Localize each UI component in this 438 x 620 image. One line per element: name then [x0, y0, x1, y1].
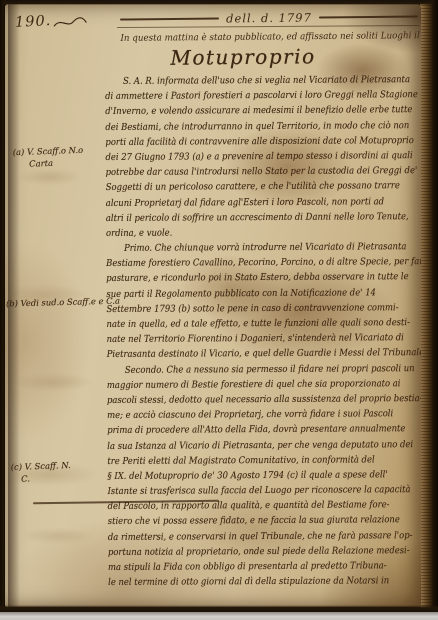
folio-number-text: 190. — [15, 13, 52, 31]
manuscript-line: sue parti il Regolamento pubblicato con … — [106, 285, 390, 302]
announcement-line: In questa mattina è stato pubblicato, ed… — [109, 30, 405, 44]
manuscript-line: alcuni Proprietarj dal fidare agl'Esteri… — [106, 194, 390, 211]
manuscript-line: altri il pericolo di soffrire un accresc… — [106, 209, 390, 226]
header-rule-left — [120, 18, 219, 21]
manuscript-line: Primo. Che chiunque vorrà introdurre nel… — [106, 239, 390, 256]
manuscript-line: dei Bestiami, che introdurranno in quel … — [105, 118, 389, 135]
manuscript-line: Settembre 1793 (b) sotto le pene in caso… — [106, 300, 390, 317]
photo-edge-bottom — [0, 605, 438, 612]
header-rule-right — [319, 15, 418, 18]
paragraph-preamble: S. A. R. informata dell'uso che si vegli… — [105, 72, 421, 241]
folio-flourish-icon — [53, 15, 88, 31]
paragraph-secondo: Secondo. Che a nessuno sia permesso il f… — [107, 361, 421, 591]
manuscript-line: d'Inverno, e volendo assicurare ai medes… — [105, 103, 389, 120]
margin-note-b: (b) Vedi sud.o Scaff.e e C.a — [6, 296, 120, 310]
photo-edge-left — [0, 0, 5, 612]
manuscript-line: nate in quella, ed a tale effetto, e tut… — [106, 315, 390, 332]
margin-note-line: (b) Vedi sud.o Scaff.e e C.a — [6, 296, 120, 310]
manuscript-photo: 190. dell. d. 1797 In questa mattina è s… — [0, 0, 438, 620]
manuscript-line: porti alla facilità di contravvenire all… — [105, 133, 389, 150]
manuscript-line: Istante si trasferisca sulla faccia del … — [108, 482, 392, 499]
motuproprio-title-text: Motuproprio — [170, 44, 315, 70]
manuscript-line: ordina, e vuole. — [106, 224, 390, 241]
manuscript-line: le nel termine di otto giorni dal dì del… — [108, 573, 392, 590]
manuscript-line: prima di procedere all'Atto della Fida, … — [107, 422, 391, 439]
manuscript-line: Pietrasanta destinato il Vicario, e quel… — [107, 346, 391, 363]
manuscript-line: Bestiame forestiero Cavallino, Pecorino,… — [106, 255, 390, 272]
manuscript-line: Secondo. Che a nessuno sia permesso il f… — [107, 361, 391, 378]
year-heading: dell. d. 1797 — [219, 10, 319, 25]
scanner-background-strip — [0, 612, 438, 620]
ink-show-through — [11, 64, 96, 577]
manuscript-line: me; e acciò ciascuno dei Proprietarj, ch… — [107, 406, 391, 423]
manuscript-line: pasturare, e ricondurlo poi in Stato Est… — [106, 270, 390, 287]
manuscript-page: 190. dell. d. 1797 In questa mattina è s… — [5, 4, 421, 607]
manuscript-line: dei 27 Giugno 1793 (a) e a prevenire al … — [105, 148, 389, 165]
manuscript-line: pascoli stessi, dedotto quel necessario … — [107, 391, 391, 408]
manuscript-line: nate nel Territorio Fiorentino i Doganie… — [107, 330, 391, 347]
manuscript-line: maggior numero di Bestie forestiere di q… — [107, 376, 391, 393]
body-text: S. A. R. informata dell'uso che si vegli… — [105, 72, 421, 590]
photo-edge-right — [432, 0, 438, 612]
manuscript-line: portuna notizia al proprietario, onde su… — [108, 543, 392, 560]
manuscript-line: ma stipuli la Fida con obbligo di presen… — [108, 558, 392, 575]
manuscript-line: potrebbe dar causa l'introdursi nello St… — [106, 163, 390, 180]
folio-number: 190. — [15, 8, 88, 33]
margin-note-line: (a) V. Scaff.o N.o — [13, 145, 84, 159]
paragraph-primo: Primo. Che chiunque vorrà introdurre nel… — [106, 239, 421, 362]
manuscript-line: § IX. del Motuproprio de' 30 Agosto 1794… — [107, 467, 391, 484]
manuscript-line: la sua Istanza al Vicario di Pietrasanta… — [107, 437, 391, 454]
manuscript-line: Soggetti di un pericoloso carattere, e c… — [106, 179, 390, 196]
manuscript-line: tre Periti eletti dal Magistrato Comunit… — [107, 452, 391, 469]
manuscript-line: S. A. R. informata dell'uso che si vegli… — [105, 72, 389, 89]
year-header: dell. d. 1797 — [120, 9, 418, 26]
manuscript-line: di ammettere i Pastori forestieri a pasc… — [105, 87, 389, 104]
photo-edge-top — [0, 0, 438, 5]
margin-note-line: (c) V. Scaff. N. — [11, 460, 71, 474]
margin-note-a: (a) V. Scaff.o N.oCarta — [13, 145, 84, 170]
manuscript-line: stiero che vi possa essere fidato, e ne … — [108, 513, 392, 530]
margin-note-c: (c) V. Scaff. N.C. — [11, 460, 72, 485]
motuproprio-title: Motuproprio — [85, 43, 401, 70]
manuscript-line: da rimettersi, e conservarsi in quel Tri… — [108, 528, 392, 545]
margin-note-line: C. — [11, 471, 71, 485]
margin-note-line: Carta — [13, 156, 84, 170]
